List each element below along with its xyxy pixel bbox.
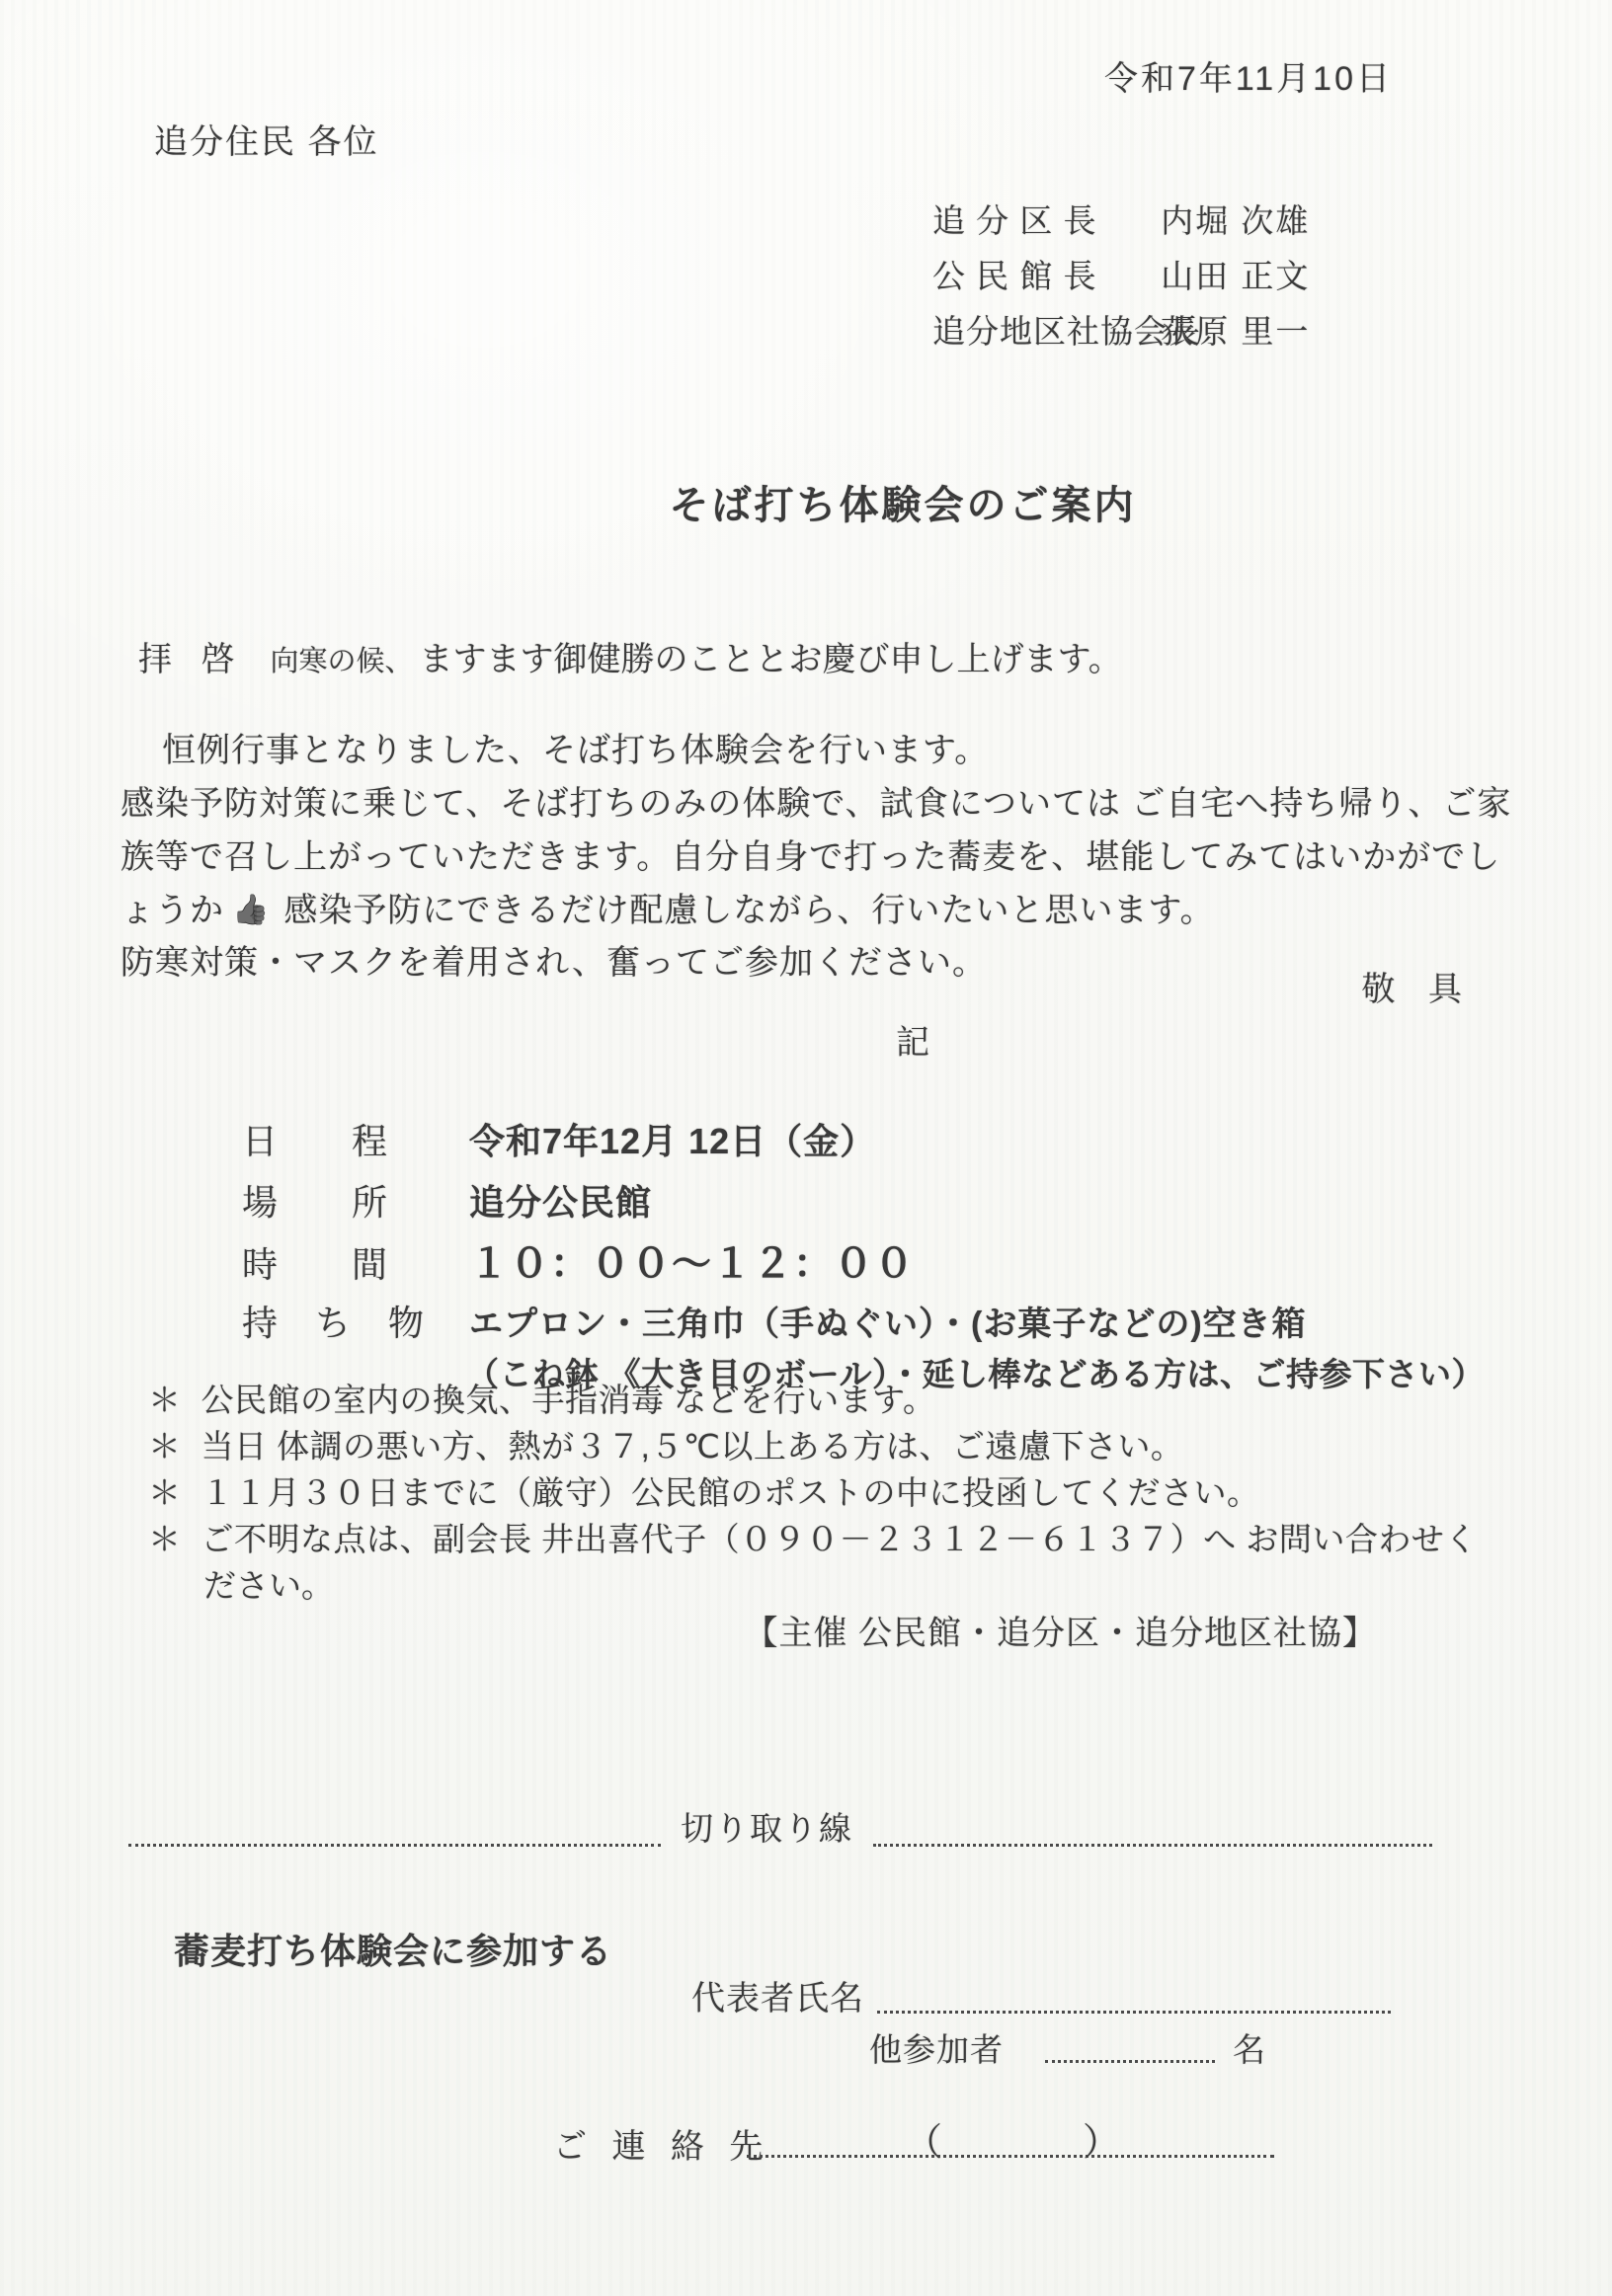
body-line: ょうか👍感染予防にできるだけ配慮しながら、行いたいと思います。 — [121, 883, 1215, 931]
body-text: 感染予防にできるだけ配慮しながら、行いたいと思います。 — [283, 892, 1214, 929]
note-text: 公民館の室内の換気、手指消毒 などを行います。 — [201, 1382, 936, 1418]
note-item: ＊当日 体調の悪い方、熱が３７,５℃以上ある方は、ご遠慮下さい。 — [148, 1421, 1183, 1467]
note-text: ご不明な点は、副会長 井出喜代子（０９０－２３１２－６１３７）へ お問い合わせく — [201, 1521, 1478, 1557]
other-participants-field — [1045, 2032, 1215, 2063]
sender-title: 公 民 館 長 — [932, 249, 1152, 304]
note-text: 当日 体調の悪い方、熱が３７,５℃以上ある方は、ご遠慮下さい。 — [201, 1428, 1184, 1465]
note-item: ＊公民館の室内の換気、手指消毒 などを行います。 — [148, 1375, 936, 1421]
document-date: 令和7年11月10日 — [1104, 51, 1393, 100]
cut-dotted-line-left — [128, 1814, 661, 1847]
representative-name-label: 代表者氏名 — [691, 1971, 864, 2019]
document-title: そば打ち体験会のご案内 — [0, 474, 1612, 530]
detail-row-time: 時 間１０：００～１２：００ — [242, 1232, 915, 1289]
sender-block: 追 分 区 長 内堀 次雄 公 民 館 長 山田 正文 追分地区社協会長 荻原 … — [932, 194, 1310, 359]
thumbs-up-icon: 👍 — [232, 893, 270, 927]
detail-row-belongings: 持 ち 物エプロン・三角巾（手ぬぐい）・(お菓子などの)空き箱 — [242, 1296, 1307, 1346]
sender-name: 内堀 次雄 — [1161, 202, 1310, 239]
contact-paren-close: ） — [1083, 2111, 1120, 2166]
sender-row: 追分地区社協会長 荻原 里一 — [932, 304, 1310, 359]
asterisk-bullet: ＊ — [148, 1382, 182, 1418]
detail-value: 令和7年12月 12日（金） — [469, 1121, 876, 1161]
body-text: ょうか — [121, 892, 224, 929]
detail-value: １０：００～１２：００ — [469, 1242, 915, 1286]
representative-name-field — [877, 1983, 1391, 2014]
recipient-line: 追分住民 各位 — [154, 115, 378, 163]
contact-label: ご 連 絡 先 — [553, 2119, 770, 2168]
contact-paren-open: （ — [905, 2111, 942, 2166]
body-line: 防寒対策・マスクを着用され、奮ってご参加ください。 — [121, 935, 987, 984]
detail-label: 場 所 — [242, 1175, 469, 1226]
body-line: 族等で召し上がっていただきます。自分自身で打った蕎麦を、堪能してみてはいかがでし — [121, 830, 1500, 878]
detail-row-place: 場 所追分公民館 — [242, 1175, 652, 1226]
asterisk-bullet: ＊ — [148, 1428, 182, 1465]
cut-dotted-line-right — [873, 1814, 1432, 1847]
cut-line-label: 切り取り線 — [661, 1811, 873, 1847]
asterisk-bullet: ＊ — [148, 1474, 182, 1511]
detail-label: 日 程 — [242, 1114, 469, 1164]
greeting-season: 向寒の候、 — [270, 646, 413, 677]
sender-name: 山田 正文 — [1161, 258, 1310, 294]
body-line: 感染予防対策に乗じて、そば打ちのみの体験で、試食については ご自宅へ持ち帰り、ご… — [121, 776, 1511, 825]
sender-name: 荻原 里一 — [1161, 313, 1310, 350]
sender-row: 追 分 区 長 内堀 次雄 — [932, 194, 1310, 249]
detail-value: 追分公民館 — [469, 1182, 652, 1223]
detail-label: 持 ち 物 — [242, 1296, 469, 1346]
greeting-salutation: 拝 啓 — [138, 641, 244, 678]
body-line: 恒例行事となりました、そば打ち体験会を行います。 — [121, 723, 989, 771]
note-item: ＊１１月３０日までに（厳守）公民館のポストの中に投函してください。 — [148, 1467, 1260, 1514]
organizer-line: 【主催 公民館・追分区・追分地区社協】 — [745, 1606, 1377, 1654]
greeting-text: ますます御健勝のこととお慶び申し上げます。 — [419, 641, 1121, 678]
note-text: １１月３０日までに（厳守）公民館のポストの中に投函してください。 — [201, 1474, 1260, 1511]
scanned-letter-page: 令和7年11月10日 追分住民 各位 追 分 区 長 内堀 次雄 公 民 館 長… — [0, 0, 1612, 2296]
record-marker: 記 — [0, 1015, 1612, 1064]
sender-title: 追分地区社協会長 — [932, 304, 1152, 359]
note-item: ＊ご不明な点は、副会長 井出喜代子（０９０－２３１２－６１３７）へ お問い合わせ… — [148, 1514, 1478, 1560]
detail-value: エプロン・三角巾（手ぬぐい）・(お菓子などの)空き箱 — [469, 1306, 1307, 1343]
closing-salutation: 敬 具 — [1362, 962, 1474, 1010]
asterisk-bullet: ＊ — [148, 1521, 182, 1557]
sender-title: 追 分 区 長 — [932, 194, 1152, 249]
greeting-line: 拝 啓向寒の候、ますます御健勝のこととお慶び申し上げます。 — [138, 632, 1122, 680]
detail-label: 時 間 — [242, 1237, 469, 1288]
other-participants-label: 他参加者 — [869, 2024, 1004, 2071]
contact-field — [747, 2125, 1274, 2158]
form-heading: 蕎麦打ち体験会に参加する — [174, 1924, 612, 1974]
sender-row: 公 民 館 長 山田 正文 — [932, 249, 1310, 304]
detail-row-date: 日 程令和7年12月 12日（金） — [242, 1114, 876, 1164]
note-text-wrap: ださい。 — [203, 1560, 334, 1607]
cut-line: 切り取り線 — [128, 1811, 1432, 1847]
other-participants-suffix: 名 — [1233, 2024, 1265, 2071]
